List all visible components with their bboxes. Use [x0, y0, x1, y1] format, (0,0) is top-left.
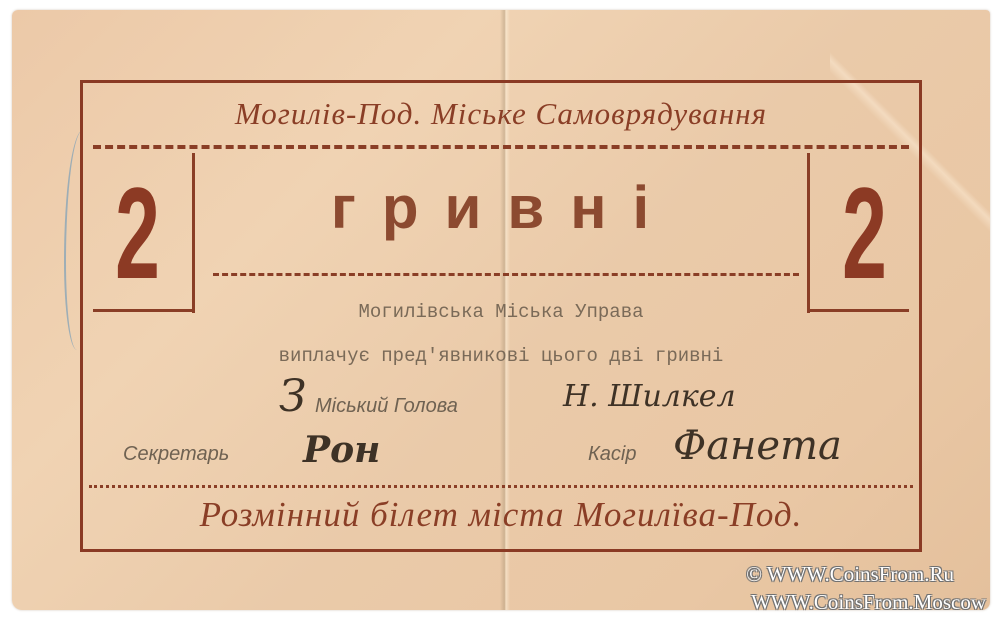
banknote: Могилів-Под. Міське Самоврядування 2 2 г… — [12, 10, 990, 610]
issuer-header: Могилів-Под. Міське Самоврядування — [83, 96, 919, 132]
right-numeral: 2 — [831, 153, 899, 313]
footer-text: Розмінний білет міста Могилїва-Под. — [83, 495, 919, 535]
mayor-signature: Н. Шилкел — [563, 379, 736, 414]
issuer-line: Могилівська Міська Управа — [83, 301, 919, 323]
header-divider — [93, 145, 909, 149]
secretary-signature: Рон — [303, 429, 380, 471]
denomination-underline — [213, 273, 799, 276]
denomination-word: гривні — [283, 173, 723, 242]
mayor-label: Міський Голова — [315, 395, 458, 418]
cashier-label: Касір — [588, 443, 636, 466]
secretary-label: Секретарь — [123, 443, 229, 466]
promise-line: виплачує пред'явникові цього дві гривні — [83, 345, 919, 367]
footer-divider — [89, 485, 913, 488]
watermark-line-1: © WWW.CoinsFrom.Ru — [746, 562, 954, 587]
left-numeral-box: 2 — [83, 153, 195, 313]
mayor-initial: З — [279, 371, 306, 422]
printed-frame: Могилів-Под. Міське Самоврядування 2 2 г… — [80, 80, 922, 552]
right-numeral-box: 2 — [807, 153, 919, 313]
left-numeral: 2 — [104, 153, 172, 313]
watermark-line-2: WWW.CoinsFrom.Moscow — [751, 590, 986, 615]
cashier-signature: Фанета — [673, 423, 842, 469]
